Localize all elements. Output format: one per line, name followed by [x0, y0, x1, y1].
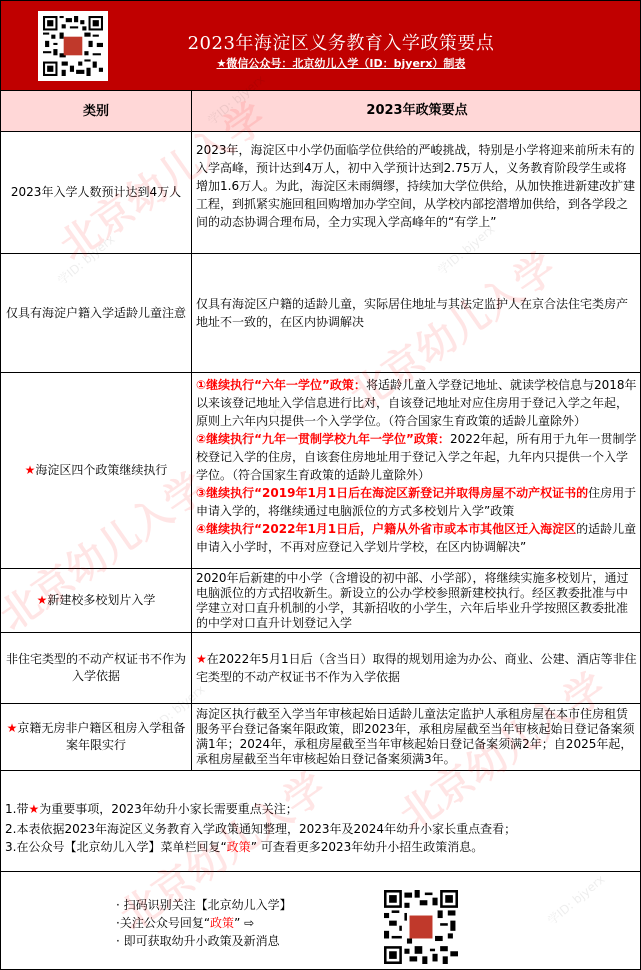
star-icon: ★ — [25, 463, 36, 477]
footer-text: · 扫码识别关注【北京幼儿入学】 ·关注公众号回复“政策” ⇨ · 即可获取幼升… — [116, 896, 292, 950]
row-category: 仅具有海淀户籍入学适龄儿童注意 — [1, 254, 192, 372]
row-policy-text: 海淀区执行截至入学当年审核起始日适龄儿童法定监护人承租房屋在本市住房租赁服务平台… — [192, 704, 641, 770]
keyword-policy: 政策 — [210, 916, 234, 930]
footer-section: · 扫码识别关注【北京幼儿入学】 ·关注公众号回复“政策” ⇨ · 即可获取幼升… — [1, 872, 641, 970]
keyword-policy: 政策 — [227, 840, 251, 854]
row-policy-text: ★在2022年5月1日后（含当日）取得的规划用途为办公、商业、公建、酒店等非住宅… — [192, 633, 641, 703]
star-icon: ★ — [37, 593, 48, 607]
table-row: 2023年入学人数预计达到4万人 2023年，海淀区中小学仍面临学位供给的严峻挑… — [1, 132, 641, 254]
star-icon: ★ — [28, 802, 39, 816]
policy-item-1: ①继续执行“六年一学位”政策：将适龄儿童入学登记地址、就读学校信息与2018年以… — [196, 376, 638, 430]
table-row: ★新建校多校划片入学 2020年后新建的中小学（含增设的初中部、小学部），将继续… — [1, 569, 641, 633]
footer-line-3: · 即可获取幼升小政策及新消息 — [116, 932, 292, 950]
row-category: 2023年入学人数预计达到4万人 — [1, 132, 192, 253]
table-row: ★京籍无房非户籍区租房入学租备案年限实行 海淀区执行截至入学当年审核起始日适龄儿… — [1, 704, 641, 771]
policy-sheet: 2023年海淀区义务教育入学政策要点 ★微信公众号：北京幼儿入学（ID：bjye… — [0, 0, 641, 970]
note-1: 1.带★为重要事项，2023年幼升小家长需要重点关注； — [5, 799, 641, 819]
row-policy-text: ①继续执行“六年一学位”政策：将适龄儿童入学登记地址、就读学校信息与2018年以… — [192, 373, 641, 568]
footer-line-2: ·关注公众号回复“政策” ⇨ — [116, 914, 292, 932]
row-category: ★海淀区四个政策继续执行 — [1, 373, 192, 568]
policy-item-3: ③继续执行“2019年1月1日后在海淀区新登记并取得房屋不动产权证书的住房用于申… — [196, 484, 638, 520]
row-category: ★新建校多校划片入学 — [1, 569, 192, 632]
table-row: ★海淀区四个政策继续执行 ①继续执行“六年一学位”政策：将适龄儿童入学登记地址、… — [1, 373, 641, 569]
star-icon: ★ — [7, 721, 18, 735]
note-3: 3.在公众号【北京幼儿入学】菜单栏回复“政策” 可查看更多2023年幼升小招生政… — [5, 837, 641, 857]
column-header-policy: 2023年政策要点 — [192, 91, 641, 131]
qr-code-icon — [43, 16, 103, 76]
row-category: ★京籍无房非户籍区租房入学租备案年限实行 — [1, 704, 192, 770]
policy-item-2: ②继续执行“九年一贯制学校九年一学位”政策：2022年起，所有用于九年一贯制学校… — [196, 430, 638, 484]
page-title: 2023年海淀区义务教育入学政策要点 — [131, 29, 551, 55]
title-banner: 2023年海淀区义务教育入学政策要点 ★微信公众号：北京幼儿入学（ID：bjye… — [1, 1, 641, 91]
row-policy-text: 仅具有海淀区户籍的适龄儿童，实际居住地址与其法定监护人在京合法住宅类房产地址不一… — [192, 254, 641, 372]
footer-line-1: · 扫码识别关注【北京幼儿入学】 — [116, 896, 292, 914]
table-header-row: 类别 2023年政策要点 — [1, 91, 641, 132]
row-policy-text: 2023年，海淀区中小学仍面临学位供给的严峻挑战，特别是小学将迎来前所未有的入学… — [192, 132, 641, 253]
table-row: 非住宅类型的不动产权证书不作为入学依据 ★在2022年5月1日后（含当日）取得的… — [1, 633, 641, 704]
star-icon: ★ — [196, 652, 207, 666]
column-header-category: 类别 — [1, 91, 192, 131]
qr-code-bottom — [384, 890, 458, 964]
page-subtitle: ★微信公众号：北京幼儿入学（ID：bjyerx）制表 — [131, 55, 551, 71]
table-row: 仅具有海淀户籍入学适龄儿童注意 仅具有海淀区户籍的适龄儿童，实际居住地址与其法定… — [1, 254, 641, 373]
qr-code-icon — [384, 890, 458, 964]
row-category: 非住宅类型的不动产权证书不作为入学依据 — [1, 633, 192, 703]
row-policy-text: 2020年后新建的中小学（含增设的初中部、小学部），将继续实施多校划片，通过电脑… — [192, 569, 641, 632]
qr-code-top — [38, 11, 108, 81]
notes-section: 1.带★为重要事项，2023年幼升小家长需要重点关注； 2.本表依据2023年海… — [1, 771, 641, 872]
note-2: 2.本表依据2023年海淀区义务教育入学政策通知整理，2023年及2024年幼升… — [5, 819, 641, 839]
policy-item-4: ④继续执行“2022年1月1日后，户籍从外省市或本市其他区迁入海淀区的适龄儿童申… — [196, 520, 638, 556]
